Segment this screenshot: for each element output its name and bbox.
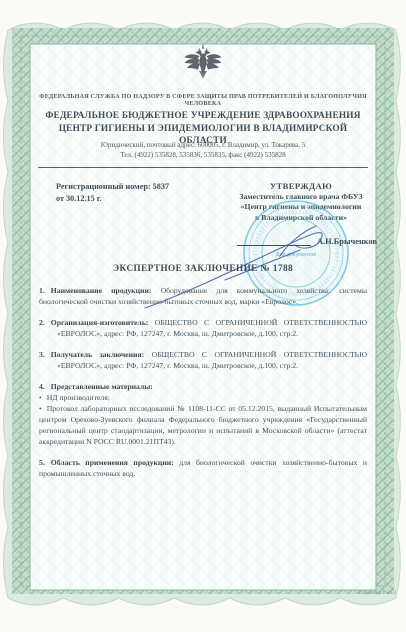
section-4-heading: 4.Представленные материалы: [39, 381, 367, 392]
section-4: 4.Представленные материалы: •НД производ… [39, 381, 367, 447]
address-line: Юридический, почтовый адрес: 600005, г. … [40, 141, 366, 151]
approval-label: УТВЕРЖДАЮ [210, 181, 392, 192]
document-body: 1.Наименование продукции: Оборудование д… [39, 285, 367, 489]
section-5-number: 5. [39, 458, 45, 467]
phone-line: Тел. (4922) 535828, 535836, 535835, факс… [40, 151, 366, 161]
section-5: 5.Область применения продукции: для биол… [39, 457, 367, 479]
header-divider [38, 167, 368, 168]
coat-of-arms-eagle-icon [183, 44, 223, 82]
section-3-label: Получатель заключения: [51, 350, 144, 359]
bullet-icon: • [39, 393, 42, 402]
bullet-icon: • [39, 404, 42, 413]
page-number: Страница 1 из 2 [300, 590, 396, 596]
section-3: 3.Получатель заключения: ОБЩЕСТВО С ОГРА… [39, 349, 367, 371]
section-1-number: 1. [39, 286, 45, 295]
section-1: 1.Наименование продукции: Оборудование д… [39, 285, 367, 307]
section-3-number: 3. [39, 350, 45, 359]
section-2: 2.Организация-изготовитель: ОБЩЕСТВО С О… [39, 317, 367, 339]
federal-service-line: ФЕДЕРАЛЬНАЯ СЛУЖБА ПО НАДЗОРУ В СФЕРЕ ЗА… [33, 93, 373, 107]
organization-address: Юридический, почтовый адрес: 600005, г. … [40, 141, 366, 160]
section-2-label: Организация-изготовитель: [51, 318, 149, 327]
document-title: ЭКСПЕРТНОЕ ЗАКЛЮЧЕНИЕ № 1788 [40, 263, 366, 273]
section-4-label: Представленные материалы: [51, 382, 153, 391]
section-4-number: 4. [39, 382, 45, 391]
section-5-label: Область применения продукции: [51, 458, 174, 467]
section-2-number: 2. [39, 318, 45, 327]
section-4-bullet-2: •Протокол лабораторных исследований № 11… [39, 403, 367, 447]
registration-number: Регистрационный номер: 5837 [56, 181, 226, 193]
organization-name-line1: ФЕДЕРАЛЬНОЕ БЮДЖЕТНОЕ УЧРЕЖДЕНИЕ ЗДРАВОО… [40, 110, 366, 123]
bullet-2-text: Протокол лабораторных исследований № 110… [39, 404, 367, 446]
section-4-bullet-1: •НД производителя; [39, 392, 367, 403]
section-1-label: Наименование продукции: [51, 286, 152, 295]
bullet-1-text: НД производителя; [47, 393, 110, 402]
